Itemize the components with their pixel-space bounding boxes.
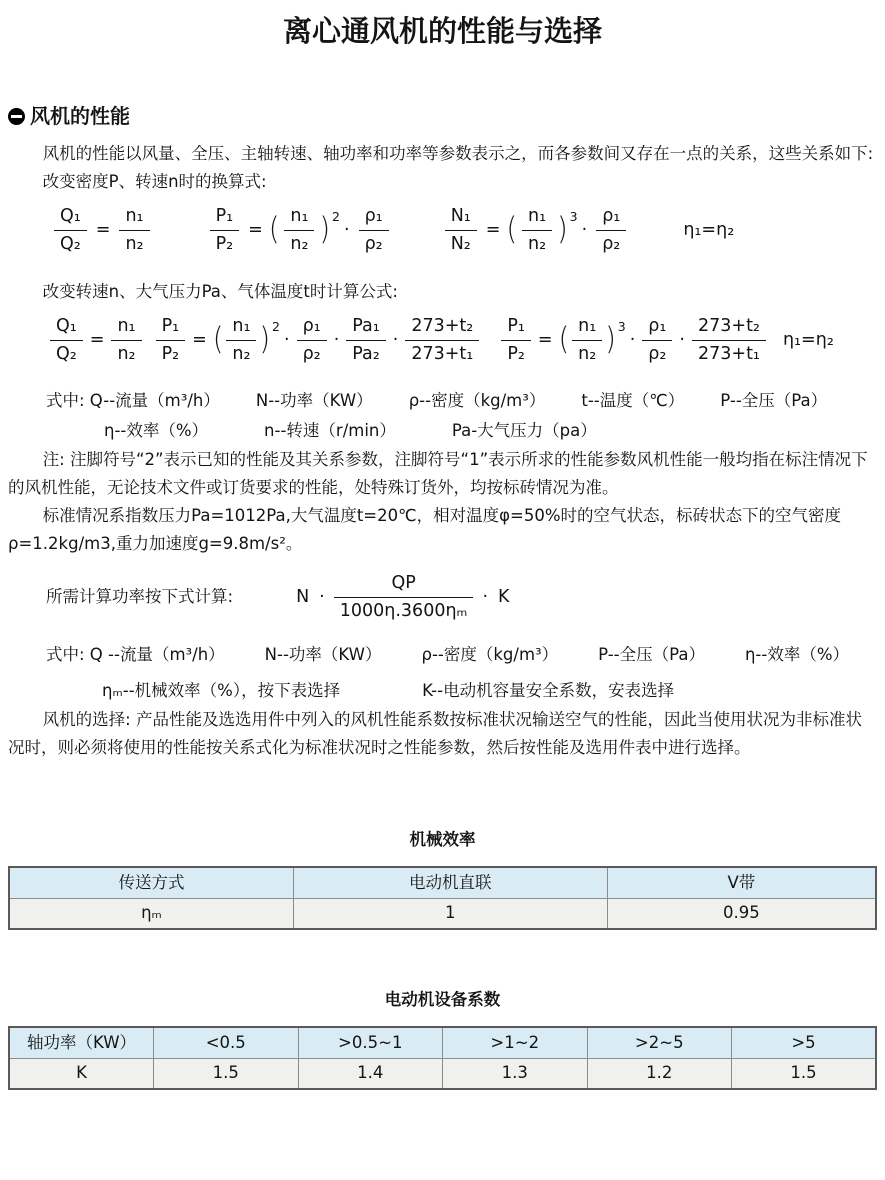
fraction-numerator: n₁ bbox=[119, 205, 149, 231]
standard-conditions-paragraph: 标准情况系指数压力Pa=1012Pa,大气温度t=20℃，相对温度φ=50%时的… bbox=[8, 502, 877, 558]
fraction-numerator: N₁ bbox=[445, 205, 477, 231]
right-paren: ) bbox=[605, 321, 616, 358]
formula-operator: = bbox=[96, 220, 111, 241]
formula-operator: · bbox=[582, 220, 588, 241]
fraction-numerator: 273+t₂ bbox=[692, 315, 766, 341]
formula-fraction: Pa₁Pa₂ bbox=[346, 315, 386, 366]
formula-gap bbox=[630, 230, 678, 231]
fraction-numerator: P₁ bbox=[501, 315, 531, 341]
formula-operator: · bbox=[482, 587, 488, 608]
fraction-numerator: n₁ bbox=[284, 205, 314, 231]
formula-exponent: 2 bbox=[272, 319, 280, 334]
table-row: K 1.5 1.4 1.3 1.2 1.5 bbox=[9, 1058, 876, 1089]
table-cell: 1.4 bbox=[298, 1058, 443, 1089]
legend-item: ηₘ--机械效率（%），按下表选择 bbox=[102, 676, 340, 706]
fraction-denominator: P₂ bbox=[210, 231, 240, 256]
legend-item: Pa-大气压力（pa） bbox=[452, 416, 597, 446]
formula-operator: · bbox=[344, 220, 350, 241]
selection-paragraph: 风机的选择: 产品性能及选选用件中列入的风机性能系数按标准状况输送空气的性能，因… bbox=[8, 706, 877, 762]
fraction-numerator: Q₁ bbox=[50, 315, 83, 341]
fraction-denominator: ρ₂ bbox=[642, 341, 672, 366]
minus-circle-icon bbox=[8, 108, 25, 125]
motor-coefficient-block: 电动机设备系数 轴功率（KW） <0.5 >0.5~1 >1~2 >2~5 >5… bbox=[8, 986, 877, 1090]
table-header-cell: 轴功率（KW） bbox=[9, 1027, 154, 1058]
table-header-cell: 传送方式 bbox=[9, 867, 293, 898]
formula-fraction: QP1000η.3600ηₘ bbox=[334, 572, 474, 623]
table-header-cell: >1~2 bbox=[443, 1027, 588, 1058]
fraction-numerator: n₁ bbox=[226, 315, 256, 341]
table-header-cell: >0.5~1 bbox=[298, 1027, 443, 1058]
formula-operator: · bbox=[679, 330, 685, 351]
note-paragraph: 注: 注脚符号“2”表示已知的性能及其关系参数，注脚符号“1”表示所求的性能参数… bbox=[8, 446, 877, 502]
fraction-denominator: ρ₂ bbox=[596, 231, 626, 256]
section-heading-label: 风机的性能 bbox=[30, 102, 130, 130]
fraction-numerator: ρ₁ bbox=[596, 205, 626, 231]
left-paren: ( bbox=[559, 321, 570, 358]
table-header-row: 传送方式 电动机直联 V带 bbox=[9, 867, 876, 898]
formula-gap bbox=[481, 340, 499, 341]
table-cell: 0.95 bbox=[607, 898, 876, 929]
formula-row-density-conversion: Q₁Q₂=n₁n₂P₁P₂=(n₁n₂)2·ρ₁ρ₂N₁N₂=(n₁n₂)3·ρ… bbox=[8, 202, 877, 258]
formula-term: η₁=η₂ bbox=[783, 330, 834, 351]
formula-fraction: P₁P₂ bbox=[156, 315, 186, 366]
formula-exponent: 2 bbox=[332, 209, 340, 224]
right-paren: ) bbox=[319, 211, 330, 248]
left-paren: ( bbox=[506, 211, 517, 248]
formula-row-speed-conversion: Q₁Q₂=n₁n₂P₁P₂=(n₁n₂)2·ρ₁ρ₂·Pa₁Pa₂·273+t₂… bbox=[8, 312, 877, 368]
legend-item: 式中: Q--流量（m³/h） bbox=[46, 386, 220, 416]
formula-fraction: n₁n₂ bbox=[226, 315, 256, 366]
table-header-cell: <0.5 bbox=[154, 1027, 299, 1058]
power-legend-line-2: ηₘ--机械效率（%），按下表选择 K--电动机容量安全系数，安表选择 bbox=[8, 676, 877, 706]
formula-fraction: ρ₁ρ₂ bbox=[359, 205, 389, 256]
formula-term: N bbox=[296, 587, 309, 608]
symbol-legend-line-1: 式中: Q--流量（m³/h） N--功率（KW） ρ--密度（kg/m³） t… bbox=[8, 386, 877, 416]
fraction-denominator: Pa₂ bbox=[346, 341, 386, 366]
table-title-motor-coefficient: 电动机设备系数 bbox=[8, 986, 877, 1014]
power-formula-label: 所需计算功率按下式计算: bbox=[46, 583, 233, 611]
motor-coefficient-table: 轴功率（KW） <0.5 >0.5~1 >1~2 >2~5 >5 K 1.5 1… bbox=[8, 1026, 877, 1090]
formula-fraction: ρ₁ρ₂ bbox=[596, 205, 626, 256]
fraction-numerator: Q₁ bbox=[54, 205, 87, 231]
table-cell: K bbox=[9, 1058, 154, 1089]
legend-item: P--全压（Pa） bbox=[720, 386, 827, 416]
formula-operator: = bbox=[248, 220, 263, 241]
fraction-denominator: 1000η.3600ηₘ bbox=[334, 598, 474, 623]
formula-fraction: 273+t₂273+t₁ bbox=[692, 315, 766, 366]
fraction-denominator: n₂ bbox=[226, 341, 256, 366]
table-cell: 1 bbox=[293, 898, 607, 929]
right-paren: ) bbox=[557, 211, 568, 248]
formula-fraction: P₁P₂ bbox=[501, 315, 531, 366]
fraction-numerator: ρ₁ bbox=[297, 315, 327, 341]
formula-fraction: n₁n₂ bbox=[572, 315, 602, 366]
fraction-numerator: ρ₁ bbox=[359, 205, 389, 231]
formula-term: K bbox=[498, 587, 509, 608]
legend-item: η--效率（%） bbox=[745, 640, 849, 670]
fraction-denominator: Q₂ bbox=[54, 231, 87, 256]
table-cell: 1.5 bbox=[154, 1058, 299, 1089]
formula-fraction: n₁n₂ bbox=[111, 315, 141, 366]
table-cell: 1.2 bbox=[587, 1058, 732, 1089]
formula-gap bbox=[393, 230, 441, 231]
formula-fraction: ρ₁ρ₂ bbox=[642, 315, 672, 366]
fraction-denominator: 273+t₁ bbox=[405, 341, 479, 366]
fraction-numerator: n₁ bbox=[111, 315, 141, 341]
legend-item: P--全压（Pa） bbox=[598, 640, 705, 670]
legend-item: η--效率（%） bbox=[104, 416, 208, 446]
formula-fraction: 273+t₂273+t₁ bbox=[405, 315, 479, 366]
right-paren: ) bbox=[259, 321, 270, 358]
table-header-cell: V带 bbox=[607, 867, 876, 898]
table-header-cell: >5 bbox=[732, 1027, 877, 1058]
formula-term: η₁=η₂ bbox=[683, 220, 734, 241]
power-legend-line-1: 式中: Q --流量（m³/h） N--功率（KW） ρ--密度（kg/m³） … bbox=[8, 640, 877, 670]
fraction-numerator: n₁ bbox=[522, 205, 552, 231]
formula-gap bbox=[768, 340, 778, 341]
formula-fraction: n₁n₂ bbox=[284, 205, 314, 256]
fraction-numerator: QP bbox=[334, 572, 474, 598]
formula-exponent: 3 bbox=[570, 209, 578, 224]
table-cell: 1.3 bbox=[443, 1058, 588, 1089]
table-cell: ηₘ bbox=[9, 898, 293, 929]
fraction-denominator: N₂ bbox=[445, 231, 477, 256]
fraction-denominator: P₂ bbox=[501, 341, 531, 366]
fraction-denominator: n₂ bbox=[111, 341, 141, 366]
formula-gap bbox=[154, 230, 206, 231]
page-title: 离心通风机的性能与选择 bbox=[8, 14, 877, 48]
formula-fraction: n₁n₂ bbox=[119, 205, 149, 256]
formula-fraction: Q₁Q₂ bbox=[54, 205, 87, 256]
table-title-mechanical-efficiency: 机械效率 bbox=[8, 826, 877, 854]
mechanical-efficiency-block: 机械效率 传送方式 电动机直联 V带 ηₘ 1 0.95 bbox=[8, 826, 877, 930]
formula-operator: = bbox=[90, 330, 105, 351]
fraction-denominator: 273+t₁ bbox=[692, 341, 766, 366]
formula-fraction: n₁n₂ bbox=[522, 205, 552, 256]
fraction-denominator: ρ₂ bbox=[359, 231, 389, 256]
power-formula-row: 所需计算功率按下式计算: N·QP1000η.3600ηₘ·K bbox=[8, 568, 877, 626]
mechanical-efficiency-table: 传送方式 电动机直联 V带 ηₘ 1 0.95 bbox=[8, 866, 877, 930]
document-page: 离心通风机的性能与选择 风机的性能 风机的性能以风量、全压、主轴转速、轴功率和功… bbox=[0, 0, 885, 1090]
legend-item: t--温度（℃） bbox=[581, 386, 684, 416]
legend-item: ρ--密度（kg/m³） bbox=[409, 386, 546, 416]
fraction-numerator: Pa₁ bbox=[346, 315, 386, 341]
formula-operator: · bbox=[393, 330, 399, 351]
fraction-denominator: n₂ bbox=[522, 231, 552, 256]
formula-fraction: N₁N₂ bbox=[445, 205, 477, 256]
left-paren: ( bbox=[269, 211, 280, 248]
power-formula: N·QP1000η.3600ηₘ·K bbox=[291, 572, 514, 623]
density-conversion-label: 改变密度P、转速n时的换算式: bbox=[8, 168, 877, 196]
symbol-legend-line-2: η--效率（%） n--转速（r/min） Pa-大气压力（pa） bbox=[8, 416, 877, 446]
formula-gap bbox=[144, 340, 154, 341]
legend-item: K--电动机容量安全系数，安表选择 bbox=[422, 676, 674, 706]
fraction-denominator: n₂ bbox=[119, 231, 149, 256]
fraction-numerator: P₁ bbox=[210, 205, 240, 231]
legend-item: 式中: Q --流量（m³/h） bbox=[46, 640, 225, 670]
formula-operator: · bbox=[284, 330, 290, 351]
formula-operator: · bbox=[334, 330, 340, 351]
formula-operator: · bbox=[319, 587, 325, 608]
section-heading: 风机的性能 bbox=[8, 102, 877, 130]
fraction-numerator: n₁ bbox=[572, 315, 602, 341]
formula-fraction: ρ₁ρ₂ bbox=[297, 315, 327, 366]
fraction-denominator: n₂ bbox=[572, 341, 602, 366]
fraction-numerator: ρ₁ bbox=[642, 315, 672, 341]
formula-fraction: P₁P₂ bbox=[210, 205, 240, 256]
speed-conversion-label: 改变转速n、大气压力Pa、气体温度t时计算公式: bbox=[8, 278, 877, 306]
legend-item: N--功率（KW） bbox=[256, 386, 373, 416]
fraction-numerator: 273+t₂ bbox=[405, 315, 479, 341]
formula-fraction: Q₁Q₂ bbox=[50, 315, 83, 366]
formula-operator: · bbox=[630, 330, 636, 351]
legend-item: ρ--密度（kg/m³） bbox=[421, 640, 558, 670]
formula-operator: = bbox=[486, 220, 501, 241]
table-row: ηₘ 1 0.95 bbox=[9, 898, 876, 929]
left-paren: ( bbox=[213, 321, 224, 358]
table-header-cell: 电动机直联 bbox=[293, 867, 607, 898]
table-header-cell: >2~5 bbox=[587, 1027, 732, 1058]
intro-paragraph: 风机的性能以风量、全压、主轴转速、轴功率和功率等参数表示之，而各参数间又存在一点… bbox=[8, 140, 877, 168]
fraction-numerator: P₁ bbox=[156, 315, 186, 341]
fraction-denominator: P₂ bbox=[156, 341, 186, 366]
table-cell: 1.5 bbox=[732, 1058, 877, 1089]
legend-item: N--功率（KW） bbox=[265, 640, 382, 670]
fraction-denominator: ρ₂ bbox=[297, 341, 327, 366]
fraction-denominator: n₂ bbox=[284, 231, 314, 256]
formula-operator: = bbox=[538, 330, 553, 351]
table-header-row: 轴功率（KW） <0.5 >0.5~1 >1~2 >2~5 >5 bbox=[9, 1027, 876, 1058]
formula-exponent: 3 bbox=[618, 319, 626, 334]
formula-operator: = bbox=[192, 330, 207, 351]
legend-item: n--转速（r/min） bbox=[264, 416, 396, 446]
fraction-denominator: Q₂ bbox=[50, 341, 83, 366]
